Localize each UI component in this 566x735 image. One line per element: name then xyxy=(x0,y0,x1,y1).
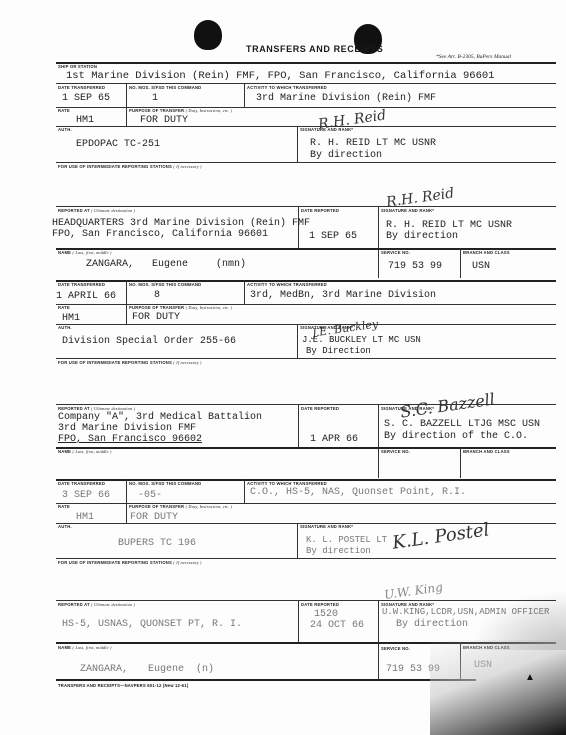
signature-label: SIGNATURE AND RANK* xyxy=(300,524,353,529)
receipt-3-signer-note: By direction xyxy=(396,619,468,630)
receipt-3-name-last: ZANGARA, xyxy=(80,664,128,675)
receipt-3-date-time: 1520 xyxy=(314,609,338,620)
receipt-1-name-last: ZANGARA, xyxy=(86,259,134,270)
transfer-1-activity: 3rd Marine Division (Rein) FMF xyxy=(256,93,436,104)
name-label: NAME ( Last, first, middle ) xyxy=(58,449,112,454)
transfers-receipts-form: TRANSFERS AND RECEIPTS *See Art. B-2305,… xyxy=(0,0,566,735)
ship-station-label: SHIP OR STATION xyxy=(58,64,97,69)
transfer-1-date: 1 SEP 65 xyxy=(62,93,110,104)
receipt-2-date-reported: 1 APR 66 xyxy=(310,434,358,445)
date-reported-label: DATE REPORTED xyxy=(301,406,339,411)
date-reported-label: DATE REPORTED xyxy=(301,602,339,607)
service-no-label: SERVICE NO. xyxy=(381,449,410,454)
receipt-3-date-reported: 24 OCT 66 xyxy=(310,620,364,631)
purpose-label: PURPOSE OF TRANSFER ( Duty, Instruction,… xyxy=(129,504,232,509)
purpose-label: PURPOSE OF TRANSFER ( Duty, Instruction,… xyxy=(129,108,232,113)
receipt-1-branch-class: USN xyxy=(472,261,490,272)
service-no-label: SERVICE NO. xyxy=(381,646,410,651)
transfer-3-activity: C.O., HS-5, NAS, Quonset Point, R.I. xyxy=(250,487,466,498)
service-no-label: SERVICE NO. xyxy=(381,250,410,255)
transfer-2-auth: Division Special Order 255-66 xyxy=(62,336,236,347)
date-transferred-label: DATE TRANSFERRED xyxy=(58,481,105,486)
rate-label: RATE xyxy=(58,504,70,509)
purpose-label: PURPOSE OF TRANSFER ( Duty, Instruction,… xyxy=(129,305,232,310)
rate-label: RATE xyxy=(58,305,70,310)
scan-shadow xyxy=(430,640,566,735)
transfer-1-auth: EPDOPAC TC-251 xyxy=(76,139,160,150)
punch-hole-left xyxy=(194,20,222,50)
receipt-1-signer: R. H. REID LT MC USNR xyxy=(386,220,512,231)
transfer-3-rate: HM1 xyxy=(76,512,94,523)
transfer-2-signer: J.E. BUCKLEY LT MC USN xyxy=(302,335,421,346)
transfer-1-rate: HM1 xyxy=(76,115,94,126)
receipt-2-reported-line1: Company "A", 3rd Medical Battalion xyxy=(58,412,262,423)
form-title: TRANSFERS AND RECEIPTS xyxy=(246,44,383,54)
receipt-3-signer: U.W.KING,LCDR,USN,ADMIN OFFICER xyxy=(382,607,549,618)
transfer-1-signer-note: By direction xyxy=(310,150,382,161)
auth-label: AUTH. xyxy=(58,325,72,330)
transfer-1-no-mos: 1 xyxy=(152,93,158,104)
date-transferred-label: DATE TRANSFERRED xyxy=(58,282,105,287)
manual-reference-note: *See Art. B-2305, BuPers Manual xyxy=(436,54,511,60)
receipt-1-reported-line2: FPO, San Francisco, California 96601 xyxy=(52,229,268,240)
auth-label: AUTH. xyxy=(58,524,72,529)
intermediate-label: FOR USE OF INTERMEDIATE REPORTING STATIO… xyxy=(58,360,202,365)
date-reported-label: DATE REPORTED xyxy=(301,208,339,213)
auth-label: AUTH. xyxy=(58,127,72,132)
receipt-1-reported-line1: HEADQUARTERS 3rd Marine Division (Rein) … xyxy=(52,218,310,229)
transfer-1-purpose: FOR DUTY xyxy=(140,115,188,126)
transfer-3-date: 3 SEP 66 xyxy=(62,490,110,501)
activity-label: ACTIVITY TO WHICH TRANSFERRED xyxy=(247,481,327,486)
transfer-2-purpose: FOR DUTY xyxy=(132,312,180,323)
form-footer: TRANSFERS AND RECEIPTS—NAVPERS 601-12 (N… xyxy=(58,683,188,688)
transfer-3-no-mos: -05- xyxy=(138,490,162,501)
no-mos-label: NO. MOS. S/FSD THIS COMMAND xyxy=(129,282,201,287)
transfer-2-no-mos: 8 xyxy=(154,290,160,301)
transfer-1-signer: R. H. REID LT MC USNR xyxy=(310,138,436,149)
name-label: NAME ( Last, first, middle ) xyxy=(58,645,112,650)
transfer-3-purpose: FOR DUTY xyxy=(130,512,178,523)
receipt-2-reported-line2: 3rd Marine Division FMF xyxy=(58,423,196,434)
reported-at-label: REPORTED AT ( Ultimate destination ) xyxy=(58,406,135,411)
receipt-3-name-first: Eugene xyxy=(148,664,184,675)
receipt-1-name-middle: (nmn) xyxy=(216,259,246,270)
receipt-1-name-first: Eugene xyxy=(152,259,188,270)
receipt-1-signer-note: By direction xyxy=(386,231,458,242)
branch-class-label: BRANCH AND CLASS xyxy=(463,449,510,454)
intermediate-label: FOR USE OF INTERMEDIATE REPORTING STATIO… xyxy=(58,560,202,565)
transfer-2-rate: HM1 xyxy=(62,313,80,324)
page-stamp-icon: ▲ xyxy=(525,672,535,683)
date-transferred-label: DATE TRANSFERRED xyxy=(58,85,105,90)
transfer-3-signer-note: By direction xyxy=(306,546,371,557)
reported-at-label: REPORTED AT ( Ultimate destination ) xyxy=(58,602,135,607)
receipt-2-reported-line3: FPO, San Francisco 96602 xyxy=(58,434,202,445)
activity-label: ACTIVITY TO WHICH TRANSFERRED xyxy=(247,85,327,90)
branch-class-label: BRANCH AND CLASS xyxy=(463,250,510,255)
reported-at-label: REPORTED AT ( Ultimate destination ) xyxy=(58,208,135,213)
intermediate-label: FOR USE OF INTERMEDIATE REPORTING STATIO… xyxy=(58,164,202,169)
receipt-3-signature: U.W. King xyxy=(383,580,443,602)
receipt-3-reported-line1: HS-5, USNAS, QUONSET PT, R. I. xyxy=(62,619,242,630)
transfer-2-activity: 3rd, MedBn, 3rd Marine Division xyxy=(250,290,436,301)
no-mos-label: NO. MOS. S/FSD THIS COMMAND xyxy=(129,481,201,486)
transfer-2-date: 1 APRIL 66 xyxy=(56,291,116,302)
receipt-2-signature: S.C. Bazzell xyxy=(399,389,496,421)
ship-station-value: 1st Marine Division (Rein) FMF, FPO, San… xyxy=(66,71,494,82)
receipt-2-signer-note: By direction of the C.O. xyxy=(384,431,528,442)
transfer-3-signer: K. L. POSTEL LT xyxy=(306,535,387,546)
receipt-2-signer: S. C. BAZZELL LTJG MSC USN xyxy=(384,419,540,430)
no-mos-label: NO. MOS. S/FSD THIS COMMAND xyxy=(129,85,201,90)
receipt-1-date-reported: 1 SEP 65 xyxy=(309,231,357,242)
name-label: NAME ( Last, first, middle ) xyxy=(58,250,112,255)
transfer-3-auth: BUPERS TC 196 xyxy=(118,538,196,549)
activity-label: ACTIVITY TO WHICH TRANSFERRED xyxy=(247,282,327,287)
receipt-1-service-no: 719 53 99 xyxy=(388,261,442,272)
transfer-2-signer-note: By Direction xyxy=(306,346,371,357)
rate-label: RATE xyxy=(58,108,70,113)
transfer-3-signature: K.L. Postel xyxy=(391,519,491,553)
receipt-3-name-middle: (n) xyxy=(196,664,214,675)
